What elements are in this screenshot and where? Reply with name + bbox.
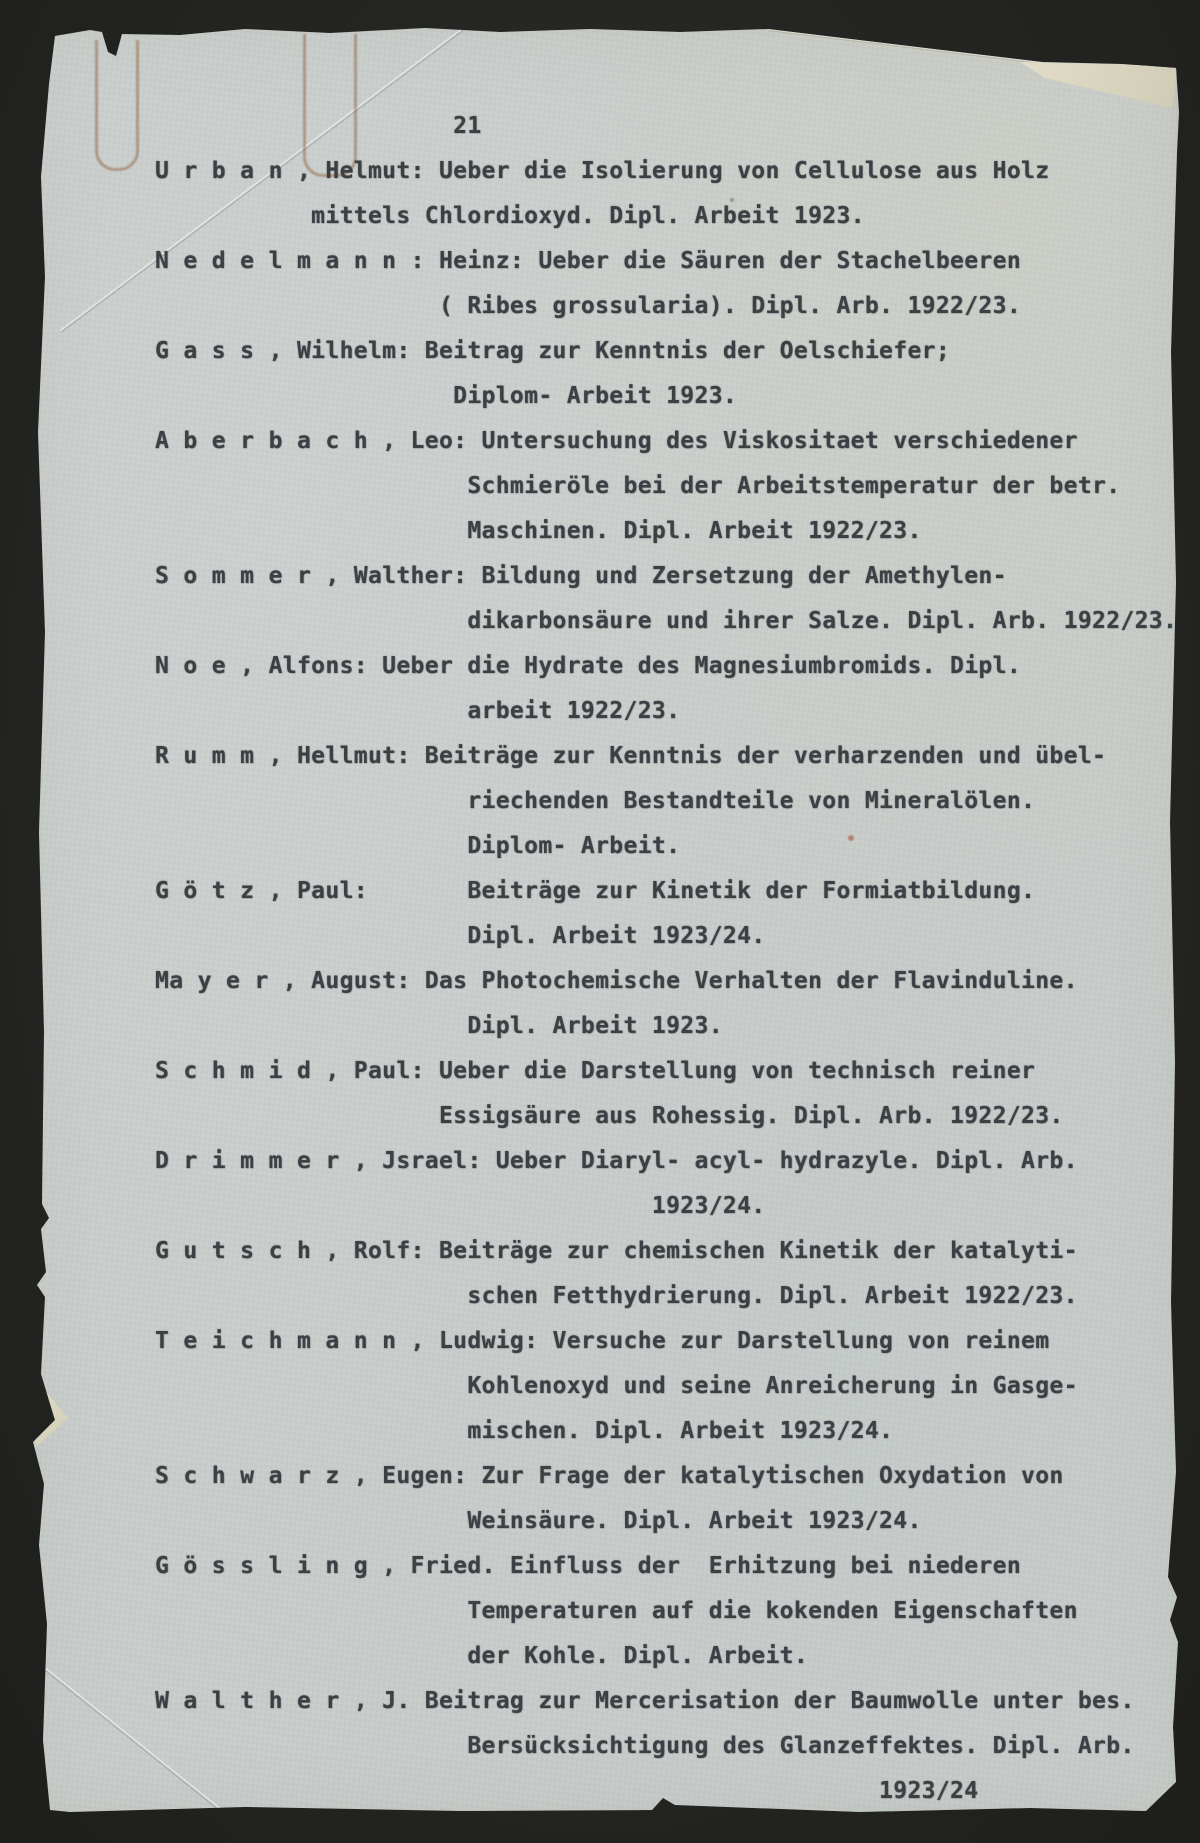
typewritten-text: 21 U r b a n , Helmut: Ueber die Isolier…	[155, 104, 1177, 1814]
paperclip-rust-mark-left	[95, 40, 139, 171]
scanner-background: 21 U r b a n , Helmut: Ueber die Isolier…	[0, 0, 1200, 1843]
paper-sheet: 21 U r b a n , Helmut: Ueber die Isolier…	[30, 22, 1180, 1817]
fold-seam-top-right	[768, 29, 1042, 64]
edge-fold-left	[32, 1380, 72, 1452]
